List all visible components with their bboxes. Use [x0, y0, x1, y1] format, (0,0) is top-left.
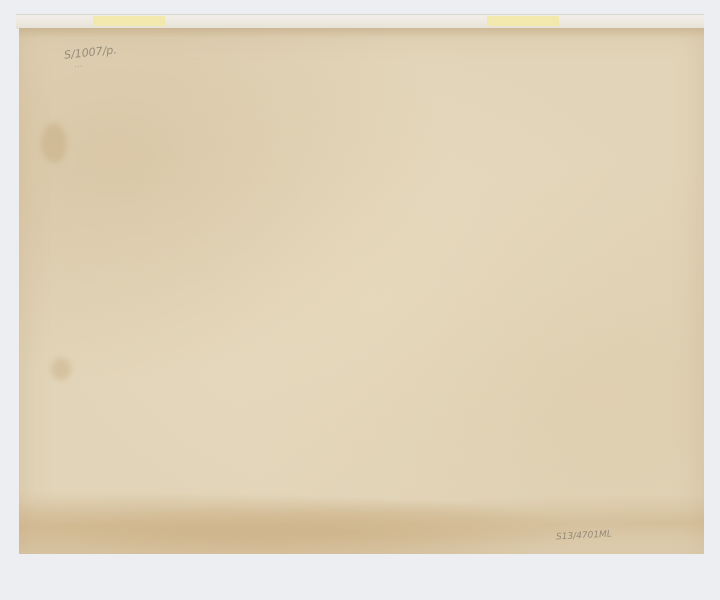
pencil-inscription-top-sub: …: [74, 60, 84, 71]
stain: [51, 358, 71, 380]
pencil-inscription-top: S/1007/p.: [63, 43, 117, 61]
stain: [41, 123, 67, 163]
tape-left: [93, 16, 165, 26]
tape-right: [487, 16, 559, 26]
paper-sheet: S/1007/p. … S13/4701ML: [19, 28, 704, 554]
water-stain-band: [19, 484, 704, 554]
